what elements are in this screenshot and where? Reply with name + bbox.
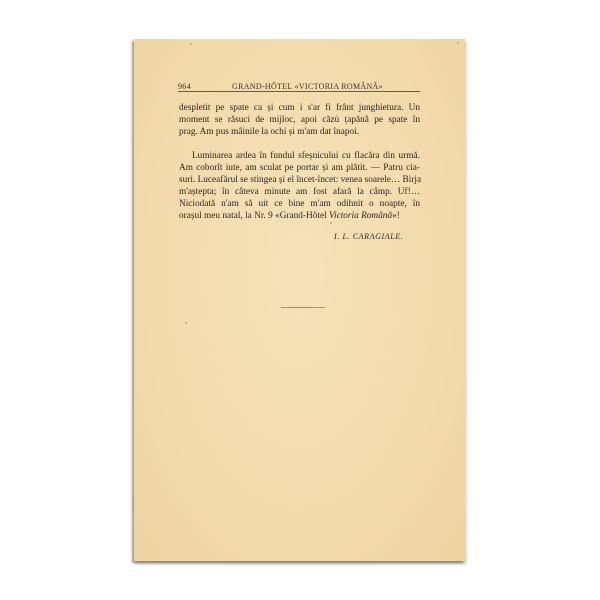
text-line: m'aștepta; în câteva minute am fost afar… [179,186,420,198]
book-page: 964 GRAND-HÔTEL «VICTORIA ROMÂNĂ» desple… [134,39,465,561]
text-line: Niciodată n'am să uit ce bine m'am odihn… [179,198,420,210]
paragraph-1: despletit pe spate ca și cum i s'ar fi f… [179,102,420,138]
author-signature: I. L. CARAGIALE. [334,232,403,241]
paragraph-2: Luminarea ardea în fundul sfeșnicului cu… [179,150,420,222]
text-line-final: orașul meu natal, la Nr. 9 «Grand-Hôtel … [179,210,420,222]
text-line: moment se răsuci de mijloc, apoi căzù ța… [179,114,420,126]
paper-speck [330,222,332,224]
page-number: 964 [178,82,191,91]
text-line: suri. Luceafărul se stingea și el încet-… [179,174,420,186]
paper-speck [457,42,459,44]
text-line: Am coborît iute, am sculat pe portar și … [179,162,420,174]
text-run: »! [392,211,400,221]
running-head: GRAND-HÔTEL «VICTORIA ROMÂNĂ» [232,82,383,91]
text-line: despletit pe spate ca și cum i s'ar fi f… [179,102,420,114]
paper-speck [190,43,192,45]
text-run: orașul meu natal, la Nr. 9 «Grand-Hôtel [179,211,329,221]
paper-speck [185,322,187,324]
header-rule [178,91,420,92]
text-line: Luminarea ardea în fundul sfeșnicului cu… [179,150,420,162]
text-line: prag. Am pus mâinile la ochi și m'am dat… [179,126,420,138]
hotel-name-italic: Victoria Română [329,211,392,221]
section-divider [281,307,325,308]
